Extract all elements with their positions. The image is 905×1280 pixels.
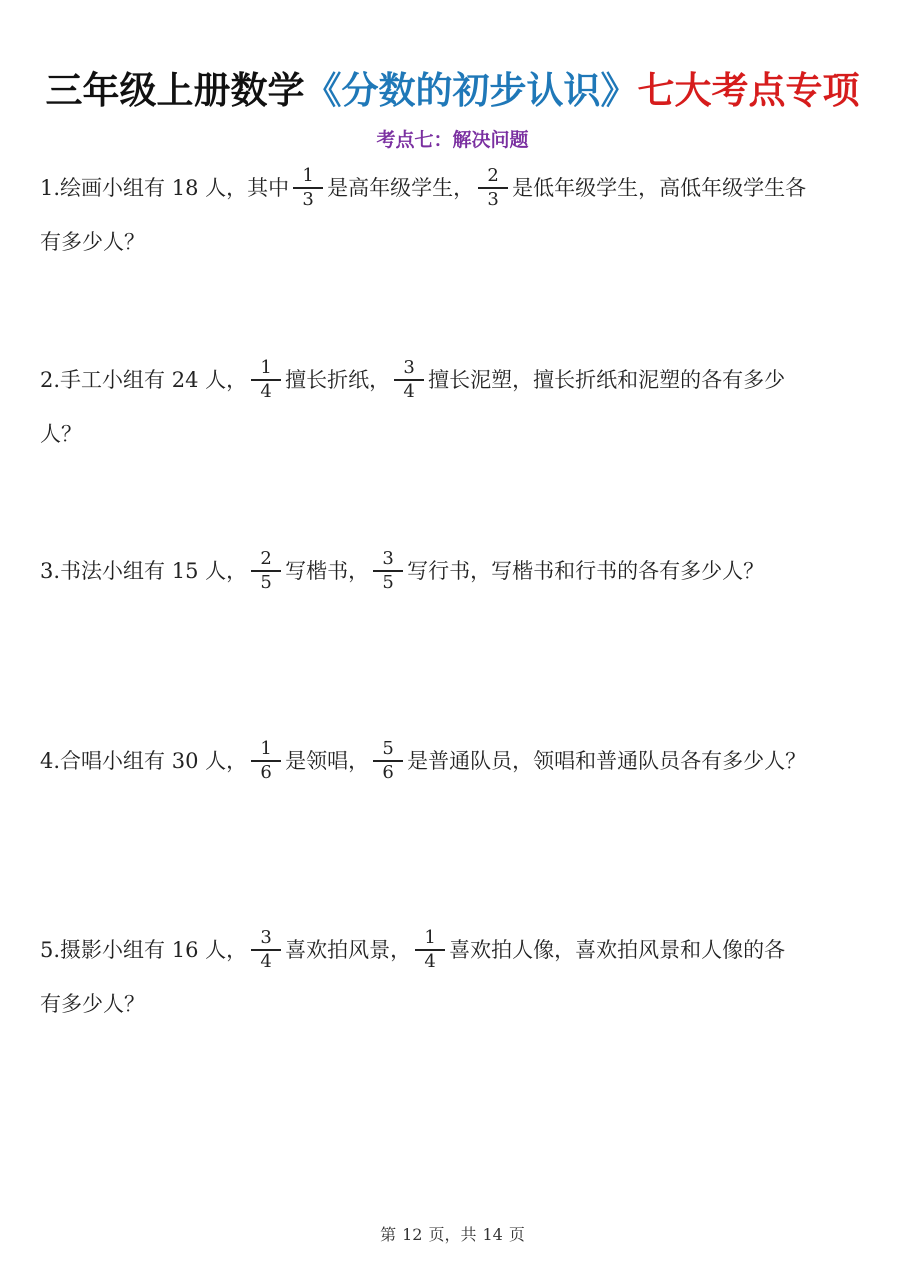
fraction: 1 3 xyxy=(293,166,323,210)
question-1: 1. 绘画小组有 18 人，其中 1 3 是高年级学生， 2 3 是低年级学生，… xyxy=(40,162,870,268)
question-text: 是高年级学生， xyxy=(327,162,474,214)
question-number: 4. xyxy=(40,735,60,787)
question-line: 5. 摄影小组有 16 人， 3 4 喜欢拍风景， 1 4 喜欢拍人像，喜欢拍风… xyxy=(40,924,870,976)
question-number: 5. xyxy=(40,924,60,976)
question-2: 2. 手工小组有 24 人， 1 4 擅长折纸， 3 4 擅长泥塑，擅长折纸和泥… xyxy=(40,354,870,460)
denominator: 4 xyxy=(258,382,273,402)
question-line: 1. 绘画小组有 18 人，其中 1 3 是高年级学生， 2 3 是低年级学生，… xyxy=(40,162,870,214)
question-line-2: 有多少人？ xyxy=(40,216,870,268)
fraction: 1 4 xyxy=(415,928,445,972)
fraction: 2 3 xyxy=(478,166,508,210)
numerator: 2 xyxy=(258,549,273,569)
question-4: 4. 合唱小组有 30 人， 1 6 是领唱， 5 6 是普通队员，领唱和普通队… xyxy=(40,735,870,787)
denominator: 4 xyxy=(401,382,416,402)
question-line-2: 有多少人？ xyxy=(40,978,870,1030)
fraction: 1 6 xyxy=(251,739,281,783)
numerator: 3 xyxy=(401,358,416,378)
question-text: 擅长折纸， xyxy=(285,354,390,406)
question-5: 5. 摄影小组有 16 人， 3 4 喜欢拍风景， 1 4 喜欢拍人像，喜欢拍风… xyxy=(40,924,870,1030)
title-series: 七大考点专项 xyxy=(638,69,860,112)
question-text: 手工小组有 24 人， xyxy=(60,354,247,406)
title-grade: 三年级上册数学 xyxy=(46,69,305,112)
question-text: 擅长泥塑，擅长折纸和泥塑的各有多少 xyxy=(428,354,785,406)
denominator: 3 xyxy=(485,190,500,210)
question-3: 3. 书法小组有 15 人， 2 5 写楷书， 3 5 写行书，写楷书和行书的各… xyxy=(40,545,870,597)
worksheet-page: 三年级上册数学《分数的初步认识》七大考点专项 考点七：解决问题 1. 绘画小组有… xyxy=(0,0,905,1280)
denominator: 4 xyxy=(422,952,437,972)
question-text: 写楷书， xyxy=(285,545,369,597)
numerator: 1 xyxy=(258,739,273,759)
question-text: 喜欢拍风景， xyxy=(285,924,411,976)
question-number: 2. xyxy=(40,354,60,406)
numerator: 3 xyxy=(380,549,395,569)
denominator: 6 xyxy=(380,763,395,783)
question-line: 4. 合唱小组有 30 人， 1 6 是领唱， 5 6 是普通队员，领唱和普通队… xyxy=(40,735,870,787)
denominator: 5 xyxy=(258,573,273,593)
fraction: 3 5 xyxy=(373,549,403,593)
fraction: 3 4 xyxy=(394,358,424,402)
numerator: 2 xyxy=(485,166,500,186)
fraction: 3 4 xyxy=(251,928,281,972)
question-text: 是普通队员，领唱和普通队员各有多少人？ xyxy=(407,735,806,787)
denominator: 5 xyxy=(380,573,395,593)
question-number: 1. xyxy=(40,162,60,214)
current-page: 12 xyxy=(402,1225,422,1244)
footer-suffix: 页 xyxy=(509,1225,525,1244)
question-line: 3. 书法小组有 15 人， 2 5 写楷书， 3 5 写行书，写楷书和行书的各… xyxy=(40,545,870,597)
question-text: 写行书，写楷书和行书的各有多少人？ xyxy=(407,545,764,597)
denominator: 6 xyxy=(258,763,273,783)
footer-prefix: 第 xyxy=(380,1225,396,1244)
question-line-2: 人？ xyxy=(40,408,870,460)
total-pages: 14 xyxy=(483,1225,503,1244)
question-number: 3. xyxy=(40,545,60,597)
numerator: 5 xyxy=(380,739,395,759)
denominator: 3 xyxy=(300,190,315,210)
question-text: 书法小组有 15 人， xyxy=(60,545,247,597)
question-text: 绘画小组有 18 人，其中 xyxy=(60,162,289,214)
section-subtitle: 考点七：解决问题 xyxy=(0,126,905,154)
question-text: 是领唱， xyxy=(285,735,369,787)
numerator: 1 xyxy=(300,166,315,186)
page-title: 三年级上册数学《分数的初步认识》七大考点专项 xyxy=(0,66,905,116)
numerator: 1 xyxy=(258,358,273,378)
page-footer: 第12页，共14页 xyxy=(0,1222,905,1245)
fraction: 2 5 xyxy=(251,549,281,593)
numerator: 1 xyxy=(422,928,437,948)
fraction: 5 6 xyxy=(373,739,403,783)
question-line: 2. 手工小组有 24 人， 1 4 擅长折纸， 3 4 擅长泥塑，擅长折纸和泥… xyxy=(40,354,870,406)
question-text: 摄影小组有 16 人， xyxy=(60,924,247,976)
footer-mid: 页，共 xyxy=(428,1225,476,1244)
denominator: 4 xyxy=(258,952,273,972)
question-text: 合唱小组有 30 人， xyxy=(60,735,247,787)
question-text: 喜欢拍人像，喜欢拍风景和人像的各 xyxy=(449,924,785,976)
numerator: 3 xyxy=(258,928,273,948)
question-text: 是低年级学生，高低年级学生各 xyxy=(512,162,806,214)
fraction: 1 4 xyxy=(251,358,281,402)
title-topic: 《分数的初步认识》 xyxy=(305,69,638,112)
